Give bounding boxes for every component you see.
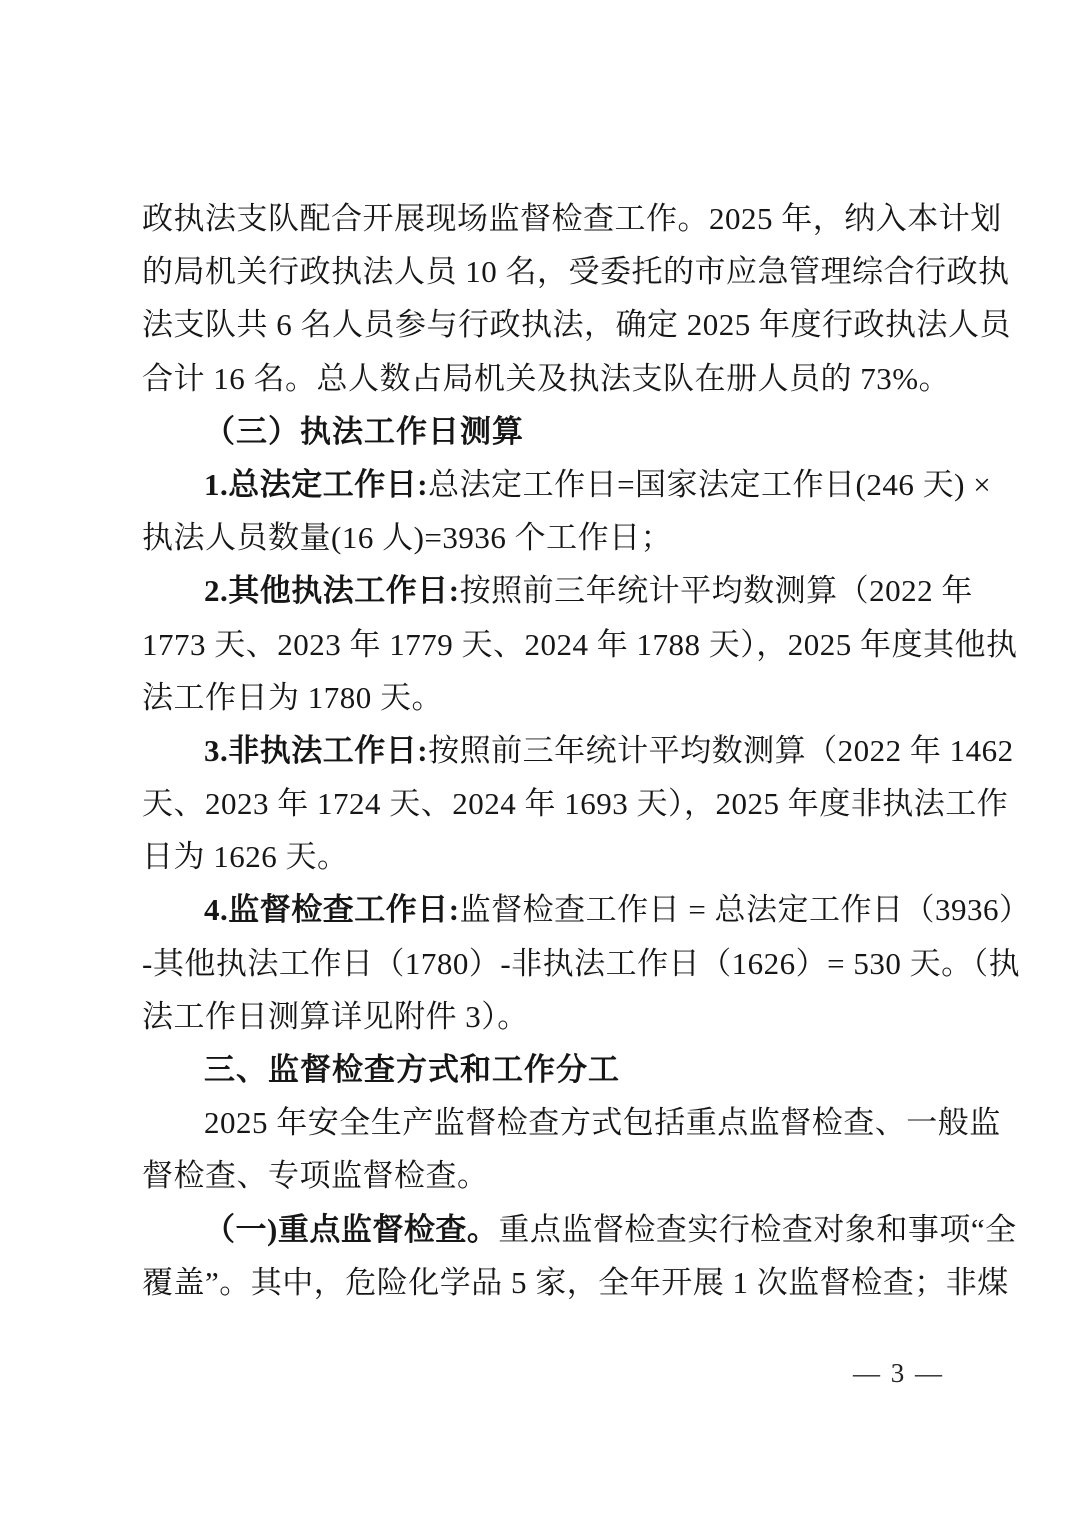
text-line: （一)重点监督检查。重点监督检查实行检查对象和事项“全 bbox=[142, 1203, 934, 1256]
text-line: 覆盖”。其中，危险化学品 5 家，全年开展 1 次监督检查；非煤 bbox=[142, 1256, 934, 1309]
line-text: -其他执法工作日（1780）-非执法工作日（1626）= 530 天。（执 bbox=[142, 946, 1020, 981]
text-line: 1773 天、2023 年 1779 天、2024 年 1788 天），2025… bbox=[142, 618, 934, 671]
line-text: 法支队共 6 名人员参与行政执法，确定 2025 年度行政执法人员 bbox=[142, 307, 1011, 342]
line-bold-lead: 三、监督检查方式和工作分工 bbox=[204, 1052, 620, 1087]
text-line: 的局机关行政执法人员 10 名，受委托的市应急管理综合行政执 bbox=[142, 245, 934, 298]
text-line: 执法人员数量(16 人)=3936 个工作日； bbox=[142, 511, 934, 564]
line-text: 法工作日为 1780 天。 bbox=[142, 680, 443, 715]
page-number: — 3 — bbox=[853, 1358, 944, 1389]
line-text: 覆盖”。其中，危险化学品 5 家，全年开展 1 次监督检查；非煤 bbox=[142, 1265, 1009, 1300]
document-lines: 政执法支队配合开展现场监督检查工作。2025 年，纳入本计划的局机关行政执法人员… bbox=[142, 192, 934, 1309]
line-bold-lead: （一)重点监督检查。 bbox=[204, 1212, 498, 1247]
line-text: 督检查、专项监督检查。 bbox=[142, 1158, 489, 1193]
line-text: 天、2023 年 1724 天、2024 年 1693 天），2025 年度非执… bbox=[142, 786, 1008, 821]
section-heading-line: 三、监督检查方式和工作分工 bbox=[142, 1043, 934, 1096]
section-heading-line: （三）执法工作日测算 bbox=[142, 405, 934, 458]
text-line: 2.其他执法工作日:按照前三年统计平均数测算（2022 年 bbox=[142, 564, 934, 617]
line-text: 2025 年安全生产监督检查方式包括重点监督检查、一般监 bbox=[204, 1105, 1001, 1140]
line-text: 按照前三年统计平均数测算（2022 年 bbox=[460, 573, 973, 608]
line-text: 日为 1626 天。 bbox=[142, 839, 349, 874]
text-line: 3.非执法工作日:按照前三年统计平均数测算（2022 年 1462 bbox=[142, 724, 934, 777]
line-bold-lead: 1.总法定工作日: bbox=[204, 467, 428, 502]
line-bold-lead: 3.非执法工作日: bbox=[204, 733, 428, 768]
text-line: 法工作日为 1780 天。 bbox=[142, 671, 934, 724]
line-text: 合计 16 名。总人数占局机关及执法支队在册人员的 73%。 bbox=[142, 361, 950, 396]
line-text: 法工作日测算详见附件 3）。 bbox=[142, 999, 529, 1034]
text-line: -其他执法工作日（1780）-非执法工作日（1626）= 530 天。（执 bbox=[142, 937, 934, 990]
text-line: 法工作日测算详见附件 3）。 bbox=[142, 990, 934, 1043]
line-text: 重点监督检查实行检查对象和事项“全 bbox=[498, 1212, 1016, 1247]
text-line: 日为 1626 天。 bbox=[142, 830, 934, 883]
line-text: 总法定工作日=国家法定工作日(246 天) × bbox=[428, 467, 991, 502]
text-line: 1.总法定工作日:总法定工作日=国家法定工作日(246 天) × bbox=[142, 458, 934, 511]
line-bold-lead: 4.监督检查工作日: bbox=[204, 892, 460, 927]
text-line: 天、2023 年 1724 天、2024 年 1693 天），2025 年度非执… bbox=[142, 777, 934, 830]
text-line: 法支队共 6 名人员参与行政执法，确定 2025 年度行政执法人员 bbox=[142, 298, 934, 351]
text-line: 政执法支队配合开展现场监督检查工作。2025 年，纳入本计划 bbox=[142, 192, 934, 245]
line-bold-lead: （三）执法工作日测算 bbox=[204, 414, 524, 449]
line-bold-lead: 2.其他执法工作日: bbox=[204, 573, 460, 608]
document-page: 政执法支队配合开展现场监督检查工作。2025 年，纳入本计划的局机关行政执法人员… bbox=[0, 0, 1074, 1520]
line-text: 执法人员数量(16 人)=3936 个工作日； bbox=[142, 520, 672, 555]
text-line: 合计 16 名。总人数占局机关及执法支队在册人员的 73%。 bbox=[142, 352, 934, 405]
text-line: 4.监督检查工作日:监督检查工作日 = 总法定工作日（3936） bbox=[142, 883, 934, 936]
line-text: 的局机关行政执法人员 10 名，受委托的市应急管理综合行政执 bbox=[142, 254, 1010, 289]
text-line: 督检查、专项监督检查。 bbox=[142, 1149, 934, 1202]
text-line: 2025 年安全生产监督检查方式包括重点监督检查、一般监 bbox=[142, 1096, 934, 1149]
line-text: 1773 天、2023 年 1779 天、2024 年 1788 天），2025… bbox=[142, 627, 1018, 662]
line-text: 监督检查工作日 = 总法定工作日（3936） bbox=[460, 892, 1031, 927]
line-text: 按照前三年统计平均数测算（2022 年 1462 bbox=[428, 733, 1014, 768]
line-text: 政执法支队配合开展现场监督检查工作。2025 年，纳入本计划 bbox=[142, 201, 1002, 236]
